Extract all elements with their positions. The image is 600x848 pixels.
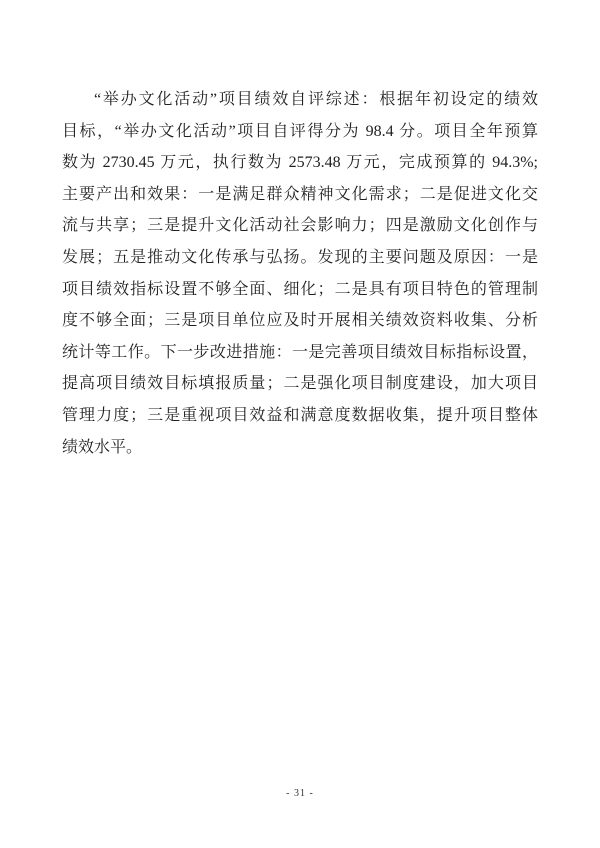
paragraph-line: 数为 2730.45 万元，执行数为 2573.48 万元，完成预算的 94.3… — [62, 147, 538, 179]
paragraph-line: 主要产出和效果：一是满足群众精神文化需求；二是促进文化交 — [62, 179, 538, 211]
paragraph-line: 发展；五是推动文化传承与弘扬。发现的主要问题及原因：一是 — [62, 242, 538, 274]
page-footer: - 31 - — [0, 788, 600, 799]
page-number: - 31 - — [286, 788, 314, 799]
paragraph-line: “举办文化活动”项目绩效自评综述：根据年初设定的绩效 — [62, 84, 538, 116]
paragraph-line: 度不够全面；三是项目单位应及时开展相关绩效资料收集、分析 — [62, 305, 538, 337]
paragraph-line: 项目绩效指标设置不够全面、细化；二是具有项目特色的管理制 — [62, 274, 538, 306]
paragraph-line: 流与共享；三是提升文化活动社会影响力；四是激励文化创作与 — [62, 210, 538, 242]
paragraph-line: 绩效水平。 — [62, 432, 538, 464]
paragraph-line: 提高项目绩效目标填报质量；二是强化项目制度建设，加大项目 — [62, 368, 538, 400]
paragraph-line: 目标，“举办文化活动”项目自评得分为 98.4 分。项目全年预算 — [62, 116, 538, 148]
document-page: “举办文化活动”项目绩效自评综述：根据年初设定的绩效 目标，“举办文化活动”项目… — [0, 0, 600, 848]
paragraph-line: 管理力度；三是重视项目效益和满意度数据收集，提升项目整体 — [62, 400, 538, 432]
paragraph-line: 统计等工作。下一步改进措施：一是完善项目绩效目标指标设置， — [62, 337, 538, 369]
self-evaluation-paragraph: “举办文化活动”项目绩效自评综述：根据年初设定的绩效 目标，“举办文化活动”项目… — [62, 84, 538, 463]
